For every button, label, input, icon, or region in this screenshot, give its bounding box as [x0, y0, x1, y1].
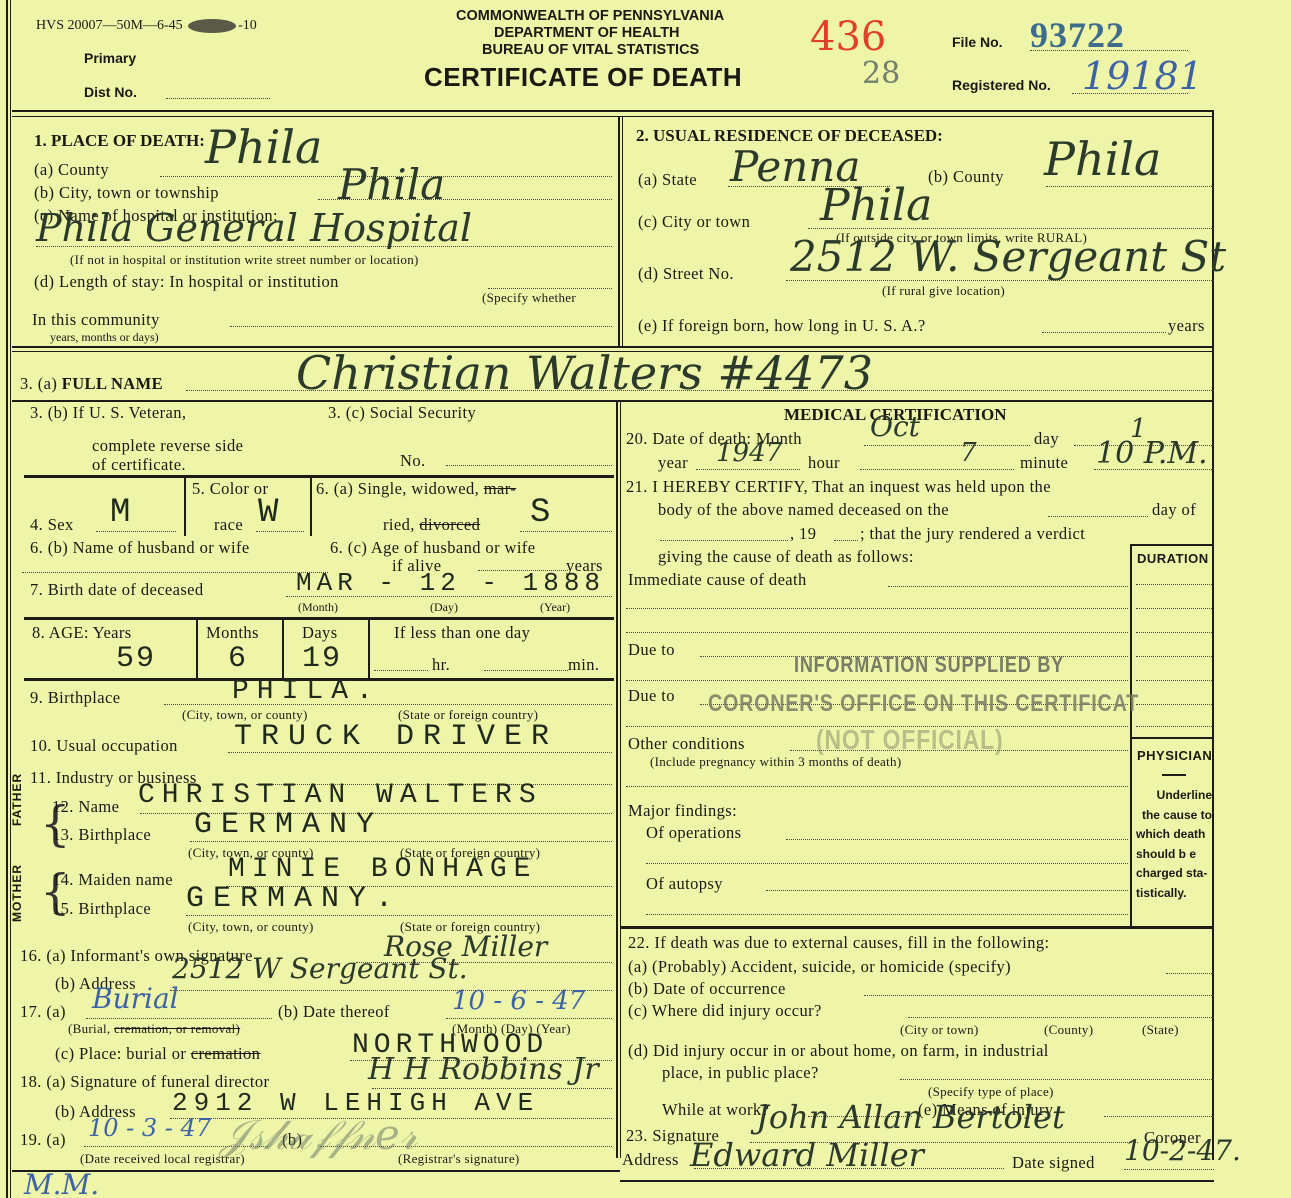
marital-label2: ried, divorced	[383, 515, 480, 535]
birthplace-value: PHILA.	[232, 676, 381, 707]
death-hour-field[interactable]	[860, 469, 1014, 470]
street-value: 2512 W. Sergeant St	[790, 232, 1226, 281]
primary-label: Primary	[84, 50, 136, 66]
divider-1	[618, 116, 620, 346]
date-signed-field[interactable]	[1124, 1169, 1214, 1170]
bottom-rule-left	[12, 1170, 620, 1172]
physician-top-rule	[1130, 737, 1214, 739]
county-label: (a) County	[34, 160, 109, 180]
age-days-label: Days	[302, 623, 338, 643]
burial-note-burial: (Burial,	[68, 1021, 110, 1036]
coroner-addr-value: Edward Miller	[690, 1136, 924, 1174]
ss-field[interactable]	[446, 465, 612, 466]
mother-side-label: MOTHER	[10, 864, 24, 922]
file-number: 93722	[1030, 14, 1125, 56]
union-label-icon	[188, 19, 236, 33]
foreign-label: (e) If foreign born, how long in U. S. A…	[638, 316, 926, 336]
external-c-city: (City or town)	[900, 1022, 979, 1038]
certify-line2a: body of the above named deceased on the	[658, 500, 949, 520]
less-than-day-label: If less than one day	[394, 623, 530, 643]
divider-1b	[622, 116, 623, 346]
external-a-label: (a) (Probably) Accident, suicide, or hom…	[628, 957, 1011, 977]
full-name-heading: FULL NAME	[62, 374, 163, 393]
external-d-field[interactable]	[900, 1079, 1214, 1080]
coroner-sig-value: John Allan Bertolet	[756, 1098, 1065, 1136]
left-border	[6, 0, 8, 1198]
means-of-injury-field[interactable]	[1104, 1116, 1214, 1117]
other-conditions-label: Other conditions	[628, 734, 745, 754]
red-annotation: 436	[810, 14, 886, 60]
left-border-inner	[10, 0, 11, 1198]
date-signed-label: Date signed	[1012, 1153, 1095, 1173]
registrar-date-value: 10 - 3 - 47	[88, 1114, 211, 1142]
certify-line1: 21. I HEREBY CERTIFY, That an inquest wa…	[626, 477, 1051, 497]
informant-addr-value: 2512 W Sergeant St.	[172, 952, 468, 985]
place-of-death-heading: 1. PLACE OF DEATH:	[34, 131, 205, 151]
agency-line1: COMMONWEALTH OF PENNSYLVANIA	[456, 8, 724, 24]
bottom-rule-right	[620, 1180, 1214, 1182]
immediate-cause-label: Immediate cause of death	[628, 570, 807, 590]
dist-label: Dist No.	[84, 84, 137, 100]
form-code-suffix: -10	[238, 18, 257, 33]
sex-label: 4. Sex	[30, 515, 74, 535]
rule-4	[24, 475, 614, 478]
marital-married-struck: mar-	[484, 479, 516, 498]
burial-type-note: (Burial, cremation, or removal)	[68, 1021, 240, 1037]
page-title: CERTIFICATE OF DEATH	[424, 62, 742, 93]
race-value: W	[258, 494, 286, 532]
city-label: (b) City, town or township	[34, 183, 219, 203]
due-to-2-label: Due to	[628, 686, 675, 706]
inquest-month-field[interactable]	[660, 540, 788, 541]
spouse-age-label: 6. (c) Age of husband or wife	[330, 538, 535, 558]
race-label1: 5. Color or	[192, 479, 268, 499]
sex-divider	[184, 478, 186, 536]
burial-note-struck: cremation, or removal)	[114, 1021, 240, 1036]
certify-line3b: ; that the jury rendered a verdict	[860, 524, 1085, 544]
full-name-label: 3. (a) FULL NAME	[20, 374, 163, 394]
registrar-signature-stamp: 𝒥𝓈𝒽𝒶𝒻𝒻𝓃𝑒𝓇	[220, 1110, 417, 1160]
community-field[interactable]	[230, 326, 612, 327]
autopsy-label: Of autopsy	[646, 874, 723, 894]
community-note: years, months or days)	[50, 330, 159, 345]
inquest-year-field[interactable]	[834, 540, 858, 541]
mid-divider	[616, 402, 618, 1158]
duration-top-rule	[1130, 544, 1214, 546]
rule-external	[620, 926, 1214, 929]
external-heading: 22. If death was due to external causes,…	[628, 933, 1050, 953]
agency-line2: DEPARTMENT OF HEALTH	[494, 25, 680, 41]
birth-date-value: MAR - 12 - 1888	[296, 568, 605, 598]
stay-field[interactable]	[488, 288, 612, 289]
street-note: (If rural give location)	[882, 283, 1005, 299]
age-months-label: Months	[206, 623, 259, 643]
other-conditions-note: (Include pregnancy within 3 months of de…	[650, 754, 901, 770]
veteran-line3: of certificate.	[92, 455, 186, 475]
min-field[interactable]	[484, 670, 568, 671]
birth-month-note: (Month)	[298, 600, 338, 615]
registrar-initials: M.M.	[24, 1168, 99, 1198]
specify-note: (Specify whether	[482, 290, 576, 306]
res-county-label: (b) County	[928, 167, 1004, 187]
hr-label: hr.	[432, 655, 450, 675]
other-conditions-field-2[interactable]	[626, 786, 1128, 787]
ss-label: 3. (c) Social Security	[328, 403, 476, 423]
death-year-value: 1947	[716, 438, 782, 468]
dist-field[interactable]	[166, 98, 270, 99]
hospital-value: Phila General Hospital	[36, 206, 472, 250]
stamp-line3: (NOT OFFICIAL)	[816, 724, 1003, 756]
birth-year-note: (Year)	[540, 600, 570, 615]
occupation-label: 10. Usual occupation	[30, 736, 178, 756]
operations-field[interactable]	[786, 839, 1128, 840]
hr-field[interactable]	[374, 670, 428, 671]
foreign-unit: years	[1168, 316, 1205, 336]
underline-note-6: tistically.	[1136, 884, 1212, 904]
agency-line3: BUREAU OF VITAL STATISTICS	[482, 42, 699, 58]
underline-note-1: Underline	[1136, 786, 1212, 806]
burial-place-text: (c) Place: burial or	[55, 1044, 186, 1063]
stamp-line1: INFORMATION SUPPLIED BY	[794, 652, 1064, 678]
duration-field-5[interactable]	[1136, 680, 1212, 681]
while-at-work-label: While at work?	[662, 1100, 769, 1120]
immediate-cause-field-2[interactable]	[626, 608, 1128, 609]
full-name-num: 3. (a)	[20, 374, 57, 393]
mid-divider-b	[620, 402, 621, 1158]
physician-heading: PHYSICIAN	[1137, 748, 1212, 763]
city-value: Phila	[338, 160, 445, 209]
father-side-label: FATHER	[10, 773, 24, 826]
burial-date-field[interactable]	[446, 1018, 612, 1019]
external-c-label: (c) Where did injury occur?	[628, 1001, 822, 1021]
res-county-field[interactable]	[1046, 186, 1214, 187]
age-months-value: 6	[228, 642, 254, 676]
death-minute-value: 10 P.M.	[1096, 436, 1208, 471]
underline-note-5: charged sta-	[1136, 864, 1212, 884]
age-divider-2	[282, 620, 284, 678]
certify-line2b: day of	[1152, 500, 1196, 520]
external-c-state: (State)	[1142, 1022, 1179, 1038]
mother-name-label: 14. Maiden name	[52, 870, 173, 890]
hospital-note: (If not in hospital or institution write…	[70, 252, 419, 268]
external-b-label: (b) Date of occurrence	[628, 979, 786, 999]
stamp-line2: CORONER'S OFFICE ON THIS CERTIFICAT	[708, 690, 1139, 718]
birth-day-note: (Day)	[430, 600, 458, 615]
certify-line4: giving the cause of death as follows:	[658, 547, 914, 567]
duration-divider	[1130, 544, 1132, 926]
death-year-field[interactable]	[696, 469, 800, 470]
external-d-line2: place, in public place?	[662, 1063, 819, 1083]
header-rule	[12, 110, 1214, 112]
father-birthplace-label: 13. Birthplace	[52, 825, 151, 845]
registered-label: Registered No.	[952, 77, 1051, 93]
foreign-field[interactable]	[1042, 332, 1166, 333]
street-label: (d) Street No.	[638, 264, 734, 284]
father-name-value: CHRISTIAN WALTERS	[138, 780, 543, 811]
community-label: In this community	[32, 310, 160, 330]
duration-field-3[interactable]	[1136, 632, 1212, 633]
funeral-sig-value: H H Robbins Jr	[368, 1052, 599, 1087]
rule-5	[24, 617, 614, 620]
rule-3	[12, 400, 1214, 402]
immediate-cause-field-3[interactable]	[626, 632, 1128, 633]
min-label: min.	[568, 655, 599, 675]
inquest-day-field[interactable]	[1048, 516, 1148, 517]
burial-place-label: (c) Place: burial or cremation	[55, 1044, 260, 1064]
mother-birthplace-label: 15. Birthplace	[52, 899, 151, 919]
operations-field-2[interactable]	[646, 863, 1128, 864]
stay-label: (d) Length of stay: In hospital or insti…	[34, 272, 339, 292]
county-value: Phila	[205, 120, 322, 174]
res-city-value: Phila	[820, 180, 932, 231]
age-days-value: 19	[302, 642, 342, 676]
registered-number: 19181	[1082, 54, 1203, 98]
father-name-label: 12. Name	[52, 797, 119, 817]
external-b-field[interactable]	[864, 995, 1214, 996]
header-rule-2	[12, 116, 1214, 117]
birthplace-label: 9. Birthplace	[30, 688, 120, 708]
sex-value: M	[110, 494, 138, 532]
state-label: (a) State	[638, 170, 697, 190]
race-divider	[310, 478, 312, 536]
death-minute-label: minute	[1020, 453, 1068, 473]
duration-heading: DURATION	[1137, 551, 1209, 566]
form-code: HVS 20007—50M—6-45 -10	[36, 18, 257, 34]
duration-field-2[interactable]	[1136, 608, 1212, 609]
birth-date-label: 7. Birth date of deceased	[30, 580, 204, 600]
mother-name-value: MINIE BONHAGE	[228, 854, 537, 885]
underline-note-2: the cause to	[1136, 806, 1212, 826]
external-a-field[interactable]	[1166, 973, 1214, 974]
death-month-field[interactable]	[864, 445, 1030, 446]
external-d-line1: (d) Did injury occur in or about home, o…	[628, 1041, 1049, 1061]
underline-note: Underline the cause to which death shoul…	[1136, 786, 1212, 903]
certify-line3a: , 19	[790, 524, 816, 544]
marital-widowed: widowed,	[411, 479, 479, 498]
mother-city-note: (City, town, or county)	[188, 919, 314, 935]
immediate-cause-field[interactable]	[888, 586, 1128, 587]
race-label2: race	[214, 515, 243, 535]
autopsy-field-2[interactable]	[646, 914, 1128, 915]
underline-note-3: which death	[1136, 825, 1212, 845]
marital-single: 6. (a) Single,	[316, 479, 407, 498]
external-c-field[interactable]	[908, 1017, 1214, 1018]
duration-field-1[interactable]	[1136, 584, 1212, 585]
spouse-name-field[interactable]	[22, 572, 328, 573]
death-year-label: year	[658, 453, 688, 473]
external-c-county: (County)	[1044, 1022, 1093, 1038]
burial-date-label: (b) Date thereof	[278, 1002, 390, 1022]
death-day-label: day	[1034, 429, 1059, 449]
mother-birthplace-value: GERMANY.	[186, 882, 402, 916]
father-birthplace-value: GERMANY	[194, 808, 383, 842]
death-hour-label: hour	[808, 453, 840, 473]
burial-type-field[interactable]	[86, 1018, 272, 1019]
underline-note-4: should b e	[1136, 845, 1212, 865]
burial-a-label: 17. (a)	[20, 1002, 66, 1022]
spouse-name-label: 6. (b) Name of husband or wife	[30, 538, 250, 558]
gray-annotation: 28	[862, 56, 900, 91]
veteran-line1: 3. (b) If U. S. Veteran,	[30, 403, 186, 423]
res-city-label: (c) City or town	[638, 212, 750, 232]
occupation-value: TRUCK DRIVER	[234, 720, 558, 754]
death-month-value: Oct	[870, 410, 920, 443]
marital-value: S	[530, 494, 558, 532]
full-name-value: Christian Walters #4473	[296, 346, 873, 400]
operations-label: Of operations	[646, 823, 741, 843]
physician-dash	[1162, 774, 1186, 776]
burial-type-value: Burial	[92, 982, 179, 1015]
coroner-addr-label: Address	[622, 1150, 679, 1170]
burial-date-value: 10 - 6 - 47	[452, 986, 585, 1016]
due-to-1-field-2[interactable]	[626, 680, 1128, 681]
form-code-text: HVS 20007—50M—6-45	[36, 18, 183, 33]
age-years-label: 8. AGE: Years	[32, 623, 132, 643]
duration-field-6[interactable]	[1136, 704, 1212, 705]
autopsy-field[interactable]	[766, 890, 1128, 891]
date-signed-value: 10-2-47.	[1124, 1134, 1241, 1167]
registrar-a-label: 19. (a)	[20, 1130, 66, 1150]
ss-no-label: No.	[400, 451, 426, 471]
age-divider-3	[368, 620, 370, 678]
burial-place-struck: cremation	[191, 1044, 261, 1063]
age-years-value: 59	[116, 642, 156, 676]
major-findings-label: Major findings:	[628, 801, 737, 821]
res-county-value: Phila	[1044, 132, 1161, 186]
marital-label1: 6. (a) Single, widowed, mar-	[316, 479, 516, 499]
file-label: File No.	[952, 34, 1003, 50]
age-divider-1	[196, 620, 198, 678]
marital-divorced-struck: divorced	[419, 515, 480, 534]
due-to-1-label: Due to	[628, 640, 675, 660]
marital-ried: ried,	[383, 515, 415, 534]
duration-field-7[interactable]	[1136, 726, 1212, 727]
veteran-line2: complete reverse side	[92, 436, 243, 456]
duration-field-4[interactable]	[1136, 656, 1212, 657]
death-hour-value: 7	[960, 438, 977, 468]
